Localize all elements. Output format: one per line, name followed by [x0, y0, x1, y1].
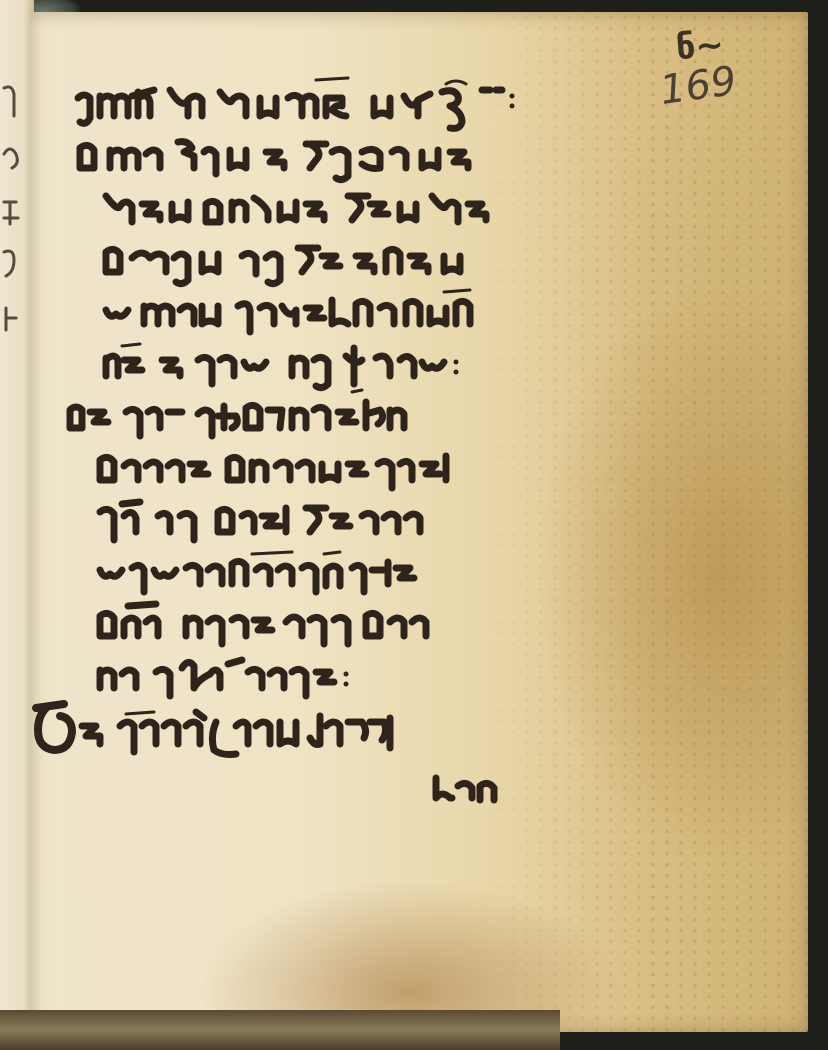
facing-page — [0, 0, 34, 1050]
facing-glyph — [2, 188, 30, 232]
facing-glyph — [2, 80, 30, 124]
text-line-14 — [430, 758, 630, 810]
script-strokes — [70, 124, 630, 180]
text-line-4 — [70, 228, 630, 280]
script-strokes — [70, 384, 630, 440]
text-line-3 — [70, 176, 630, 228]
script-strokes — [70, 70, 630, 130]
text-line-1 — [70, 70, 630, 124]
script-strokes — [70, 644, 630, 700]
script-strokes — [70, 436, 630, 492]
folio-number: 169 — [657, 59, 739, 113]
folio-annotation: ნ~ 169 — [660, 28, 736, 108]
script-strokes — [70, 280, 630, 336]
script-strokes — [430, 758, 630, 814]
script-strokes — [70, 540, 630, 596]
script-strokes — [70, 592, 630, 648]
text-line-9 — [70, 488, 630, 540]
script-strokes — [30, 696, 630, 766]
text-line-12 — [70, 644, 630, 696]
facing-page-script — [2, 80, 30, 350]
facing-glyph — [2, 296, 30, 340]
facing-glyph — [2, 242, 30, 286]
text-line-8 — [70, 436, 630, 488]
text-line-7 — [70, 384, 630, 436]
text-line-6 — [70, 332, 630, 384]
facing-glyph — [2, 134, 30, 178]
enlarged-initial — [36, 704, 72, 750]
text-line-13 — [30, 696, 630, 758]
text-line-10 — [70, 540, 630, 592]
text-line-11 — [70, 592, 630, 644]
text-line-5 — [70, 280, 630, 332]
script-strokes — [70, 176, 630, 232]
manuscript-text-block — [70, 70, 630, 810]
script-strokes — [70, 332, 630, 388]
text-line-2 — [70, 124, 630, 176]
script-strokes — [70, 488, 630, 544]
script-strokes — [70, 228, 630, 284]
binding-bottom-edge — [0, 1010, 560, 1050]
